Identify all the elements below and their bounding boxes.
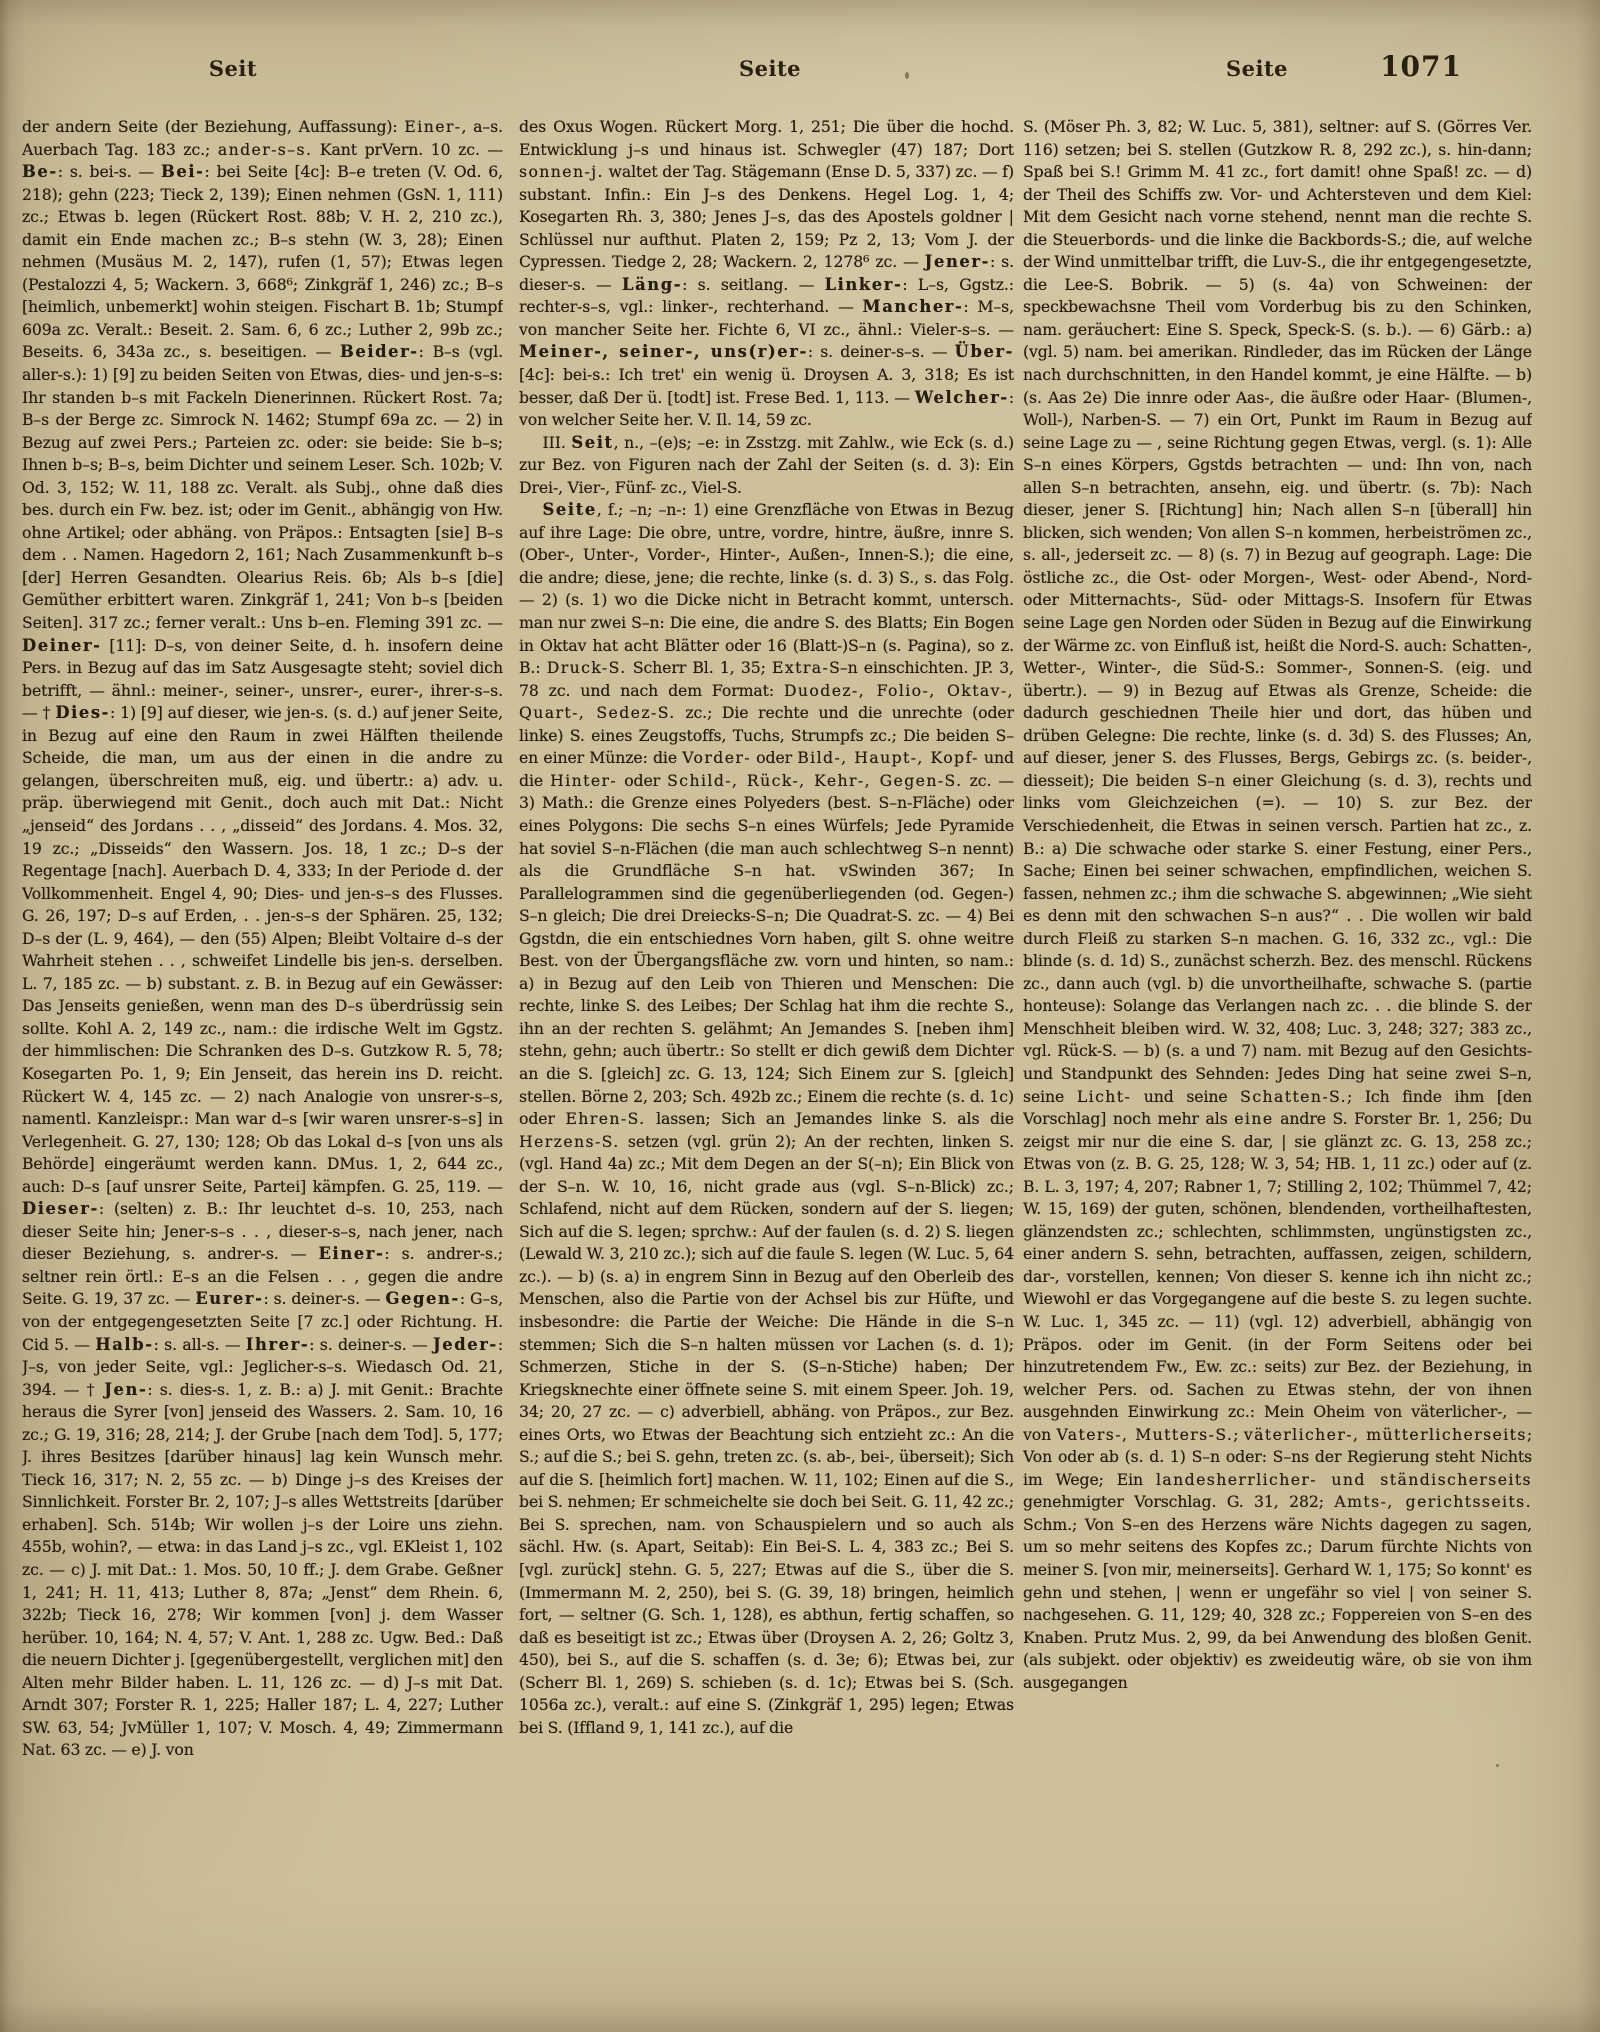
text-run: : bei Seite [4c]: B–e treten (V. Od. 6, … — [22, 162, 503, 361]
text-run: Vaters-, Mutters-S. — [1056, 1425, 1233, 1444]
scan-speck — [1496, 1764, 1499, 1767]
text-run: Licht- — [1077, 1087, 1131, 1106]
text-run: und seine — [1131, 1087, 1240, 1106]
text-run: lassen; Sich an Jemandes linke S. als di… — [646, 1109, 1014, 1128]
text-run: andre S. Forster Br. 1, 256; Du zeigst m… — [1023, 1109, 1532, 1444]
headword: Einer- — [319, 1244, 385, 1263]
text-run: : s. seitlang. — — [682, 275, 824, 294]
headword: Dieser- — [22, 1199, 99, 1218]
headword: Welcher- — [915, 388, 1009, 407]
headword: Läng- — [622, 275, 682, 294]
text-run: Scherr Bl. 1, 35; — [627, 658, 772, 677]
headword: Jeder- — [433, 1335, 498, 1354]
text-run: Schm.; Von S–en des Herzens wäre Nichts … — [1023, 1515, 1532, 1692]
text-run: : s. deiner-s. — — [309, 1335, 433, 1354]
headword: Be- — [22, 162, 58, 181]
headword: Dies- — [55, 703, 110, 722]
text-run: eine — [1234, 1109, 1273, 1128]
headword: Meiner-, seiner-, uns(r)er- — [519, 342, 808, 361]
text-run: der andern Seite (der Beziehung, Auffass… — [22, 117, 404, 136]
page-number: 1071 — [1378, 50, 1462, 83]
text-run: genehmigter Vorschlag. G. 31, 282; — [1023, 1492, 1334, 1511]
text-run: Schild-, Rück-, Kehr-, Gegen-S. — [667, 771, 962, 790]
text-run: Herzens-S. — [519, 1132, 620, 1151]
text-run: Druck-S. — [547, 658, 627, 677]
headword: Linker- — [825, 275, 903, 294]
headword: Eurer- — [195, 1289, 263, 1308]
headword: Über- — [955, 342, 1014, 361]
headword: Ihrer- — [246, 1335, 309, 1354]
headword: Seit — [571, 433, 613, 452]
text-run: oder — [751, 748, 797, 767]
headword: Seite — [543, 500, 597, 519]
text-run: : s. all-s. — — [154, 1335, 246, 1354]
text-run: des Oxus Wogen. Rückert Morg. 1, 251; Di… — [519, 117, 1014, 159]
text-run: Kant prVern. 10 zc. — — [312, 140, 503, 159]
text-run: , f.; –n; –n-: 1) eine Grenzfläche von E… — [519, 500, 1014, 677]
dictionary-page-scan: Seit Seite Seite 1071 der andern Seite (… — [0, 0, 1600, 2032]
text-run: : s. dies-s. 1, z. B.: a) J. mit Genit.:… — [22, 1380, 503, 1760]
text-column-center: des Oxus Wogen. Rückert Morg. 1, 251; Di… — [519, 116, 1014, 1916]
scan-speck — [905, 72, 909, 79]
text-run: : s. deiner-s. — — [263, 1289, 385, 1308]
text-run: : 1) [9] auf dieser, wie jen-s. (s. d.) … — [22, 703, 503, 1195]
text-run: Extra- — [772, 658, 829, 677]
text-run: sonnen-j. — [519, 162, 604, 181]
headword: Jener- — [925, 252, 990, 271]
text-run: ander-s–s. — [218, 140, 313, 159]
text-run: Schatten-S. — [1240, 1087, 1347, 1106]
headword: Beider- — [340, 342, 419, 361]
text-run: Amts-, gerichtsseits. — [1334, 1492, 1532, 1511]
headword: Jen- — [104, 1380, 147, 1399]
text-run: : B–s (vgl. aller-s.): 1) [9] zu beiden … — [22, 342, 503, 632]
text-run: ; — [1233, 1425, 1244, 1444]
text-run: Einer- — [404, 117, 461, 136]
text-run: väterlicher-, mütterlicherseits — [1244, 1425, 1527, 1444]
text-run: setzen (vgl. grün 2); An der rechten, li… — [519, 1132, 1014, 1737]
headword: Mancher- — [863, 297, 964, 316]
text-column-left: der andern Seite (der Beziehung, Auffass… — [22, 116, 503, 1916]
text-run: : s. bei-s. — — [58, 162, 161, 181]
running-head-center: Seite — [739, 56, 801, 81]
headword: Bei- — [161, 162, 205, 181]
text-run: S. (Möser Ph. 3, 82; W. Luc. 5, 381), se… — [1023, 117, 1532, 1106]
text-run: Vorder- — [682, 748, 751, 767]
text-run: III. — [543, 433, 572, 452]
text-run: zc. — 3) Math.: die Grenze eines Polyede… — [519, 771, 1014, 1128]
headword: Gegen- — [386, 1289, 460, 1308]
text-run: Ehren-S. — [565, 1109, 645, 1128]
text-run: Bild-, Haupt-, Kopf- — [797, 748, 979, 767]
text-run: : s. deiner-s–s. — — [808, 342, 955, 361]
running-head-right: Seite — [1226, 56, 1288, 81]
text-run: Hinter- — [550, 771, 617, 790]
text-run: oder — [617, 771, 667, 790]
headword: Deiner- — [22, 636, 102, 655]
text-column-right: S. (Möser Ph. 3, 82; W. Luc. 5, 381), se… — [1023, 116, 1532, 1916]
text-run: landesherrlicher- und ständischerseits — [1156, 1470, 1532, 1489]
headword: Halb- — [95, 1335, 153, 1354]
running-head-left: Seit — [209, 56, 257, 81]
